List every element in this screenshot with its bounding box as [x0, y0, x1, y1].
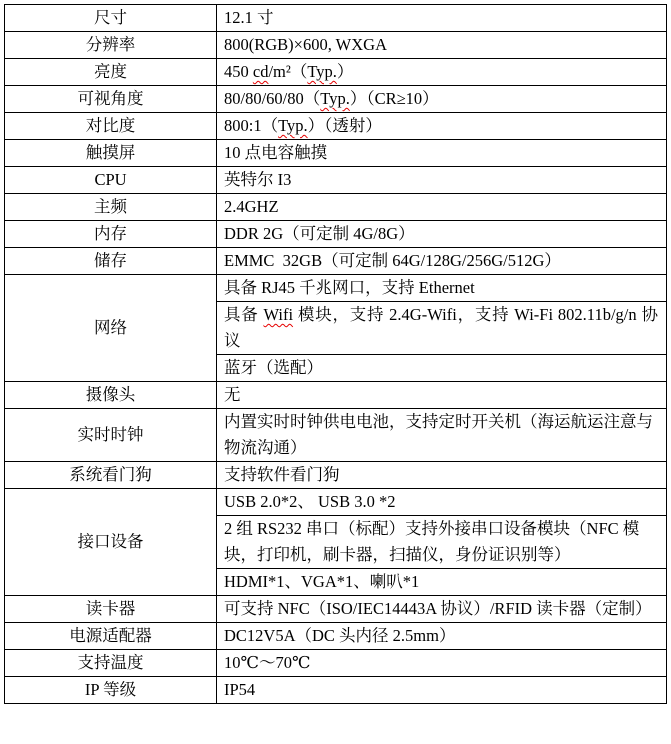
spec-label-contrast: 对比度	[5, 113, 217, 140]
spec-label-temperature: 支持温度	[5, 650, 217, 677]
value-text: /m²（	[268, 62, 307, 81]
table-row-size: 尺寸 12.1 寸	[5, 5, 667, 32]
spec-label-touchscreen: 触摸屏	[5, 140, 217, 167]
table-row-contrast: 对比度 800:1（Typ.）（透射）	[5, 113, 667, 140]
table-row-brightness: 亮度 450 cd/m²（Typ.）	[5, 59, 667, 86]
spec-value-ip-rating: IP54	[217, 677, 667, 704]
spec-label-memory: 内存	[5, 221, 217, 248]
value-text: 450	[224, 62, 253, 81]
spec-value-rtc: 内置实时时钟供电电池，支持定时开关机（海运航运注意与物流沟通）	[217, 409, 667, 462]
spec-value-power-adapter: DC12V5A（DC 头内径 2.5mm）	[217, 623, 667, 650]
spec-value-temperature: 10℃～70℃	[217, 650, 667, 677]
spec-value-size: 12.1 寸	[217, 5, 667, 32]
misspelled-word: cd	[253, 62, 269, 81]
spec-value-interfaces-av: HDMI*1、VGA*1、喇叭*1	[217, 569, 667, 596]
spec-value-network-ethernet: 具备 RJ45 千兆网口，支持 Ethernet	[217, 275, 667, 302]
spec-label-watchdog: 系统看门狗	[5, 462, 217, 489]
spec-value-viewing-angle: 80/80/60/80（Typ.）（CR≥10）	[217, 86, 667, 113]
table-row-camera: 摄像头 无	[5, 382, 667, 409]
spec-value-card-reader: 可支持 NFC（ISO/IEC14443A 协议）/RFID 读卡器（定制）	[217, 596, 667, 623]
spec-label-rtc: 实时时钟	[5, 409, 217, 462]
spec-value-network-wifi: 具备 Wifi 模块，支持 2.4G-Wifi，支持 Wi-Fi 802.11b…	[217, 302, 667, 355]
table-row-touchscreen: 触摸屏 10 点电容触摸	[5, 140, 667, 167]
spec-value-cpu: 英特尔 I3	[217, 167, 667, 194]
spec-label-size: 尺寸	[5, 5, 217, 32]
spec-label-power-adapter: 电源适配器	[5, 623, 217, 650]
misspelled-word: Typ.	[307, 62, 337, 81]
value-text: ）（透射）	[308, 116, 382, 135]
spec-label-network: 网络	[5, 275, 217, 382]
spec-value-touchscreen: 10 点电容触摸	[217, 140, 667, 167]
misspelled-word: Typ.	[278, 116, 308, 135]
table-row-ip-rating: IP 等级 IP54	[5, 677, 667, 704]
table-row-cpu: CPU 英特尔 I3	[5, 167, 667, 194]
spec-label-interfaces: 接口设备	[5, 489, 217, 596]
table-row-interfaces: 接口设备 USB 2.0*2、 USB 3.0 *2	[5, 489, 667, 516]
misspelled-word: Wifi	[263, 305, 293, 324]
value-text: ）（CR≥10）	[350, 89, 439, 108]
spec-label-card-reader: 读卡器	[5, 596, 217, 623]
spec-label-ip-rating: IP 等级	[5, 677, 217, 704]
table-row-card-reader: 读卡器 可支持 NFC（ISO/IEC14443A 协议）/RFID 读卡器（定…	[5, 596, 667, 623]
spec-value-storage: EMMC 32GB（可定制 64G/128G/256G/512G）	[217, 248, 667, 275]
table-row-network: 网络 具备 RJ45 千兆网口，支持 Ethernet	[5, 275, 667, 302]
spec-label-camera: 摄像头	[5, 382, 217, 409]
spec-value-network-bluetooth: 蓝牙（选配）	[217, 355, 667, 382]
spec-label-storage: 储存	[5, 248, 217, 275]
spec-value-interfaces-usb: USB 2.0*2、 USB 3.0 *2	[217, 489, 667, 516]
spec-table: 尺寸 12.1 寸 分辨率 800(RGB)×600, WXGA 亮度 450 …	[4, 4, 667, 704]
table-row-temperature: 支持温度 10℃～70℃	[5, 650, 667, 677]
spec-value-clock-speed: 2.4GHZ	[217, 194, 667, 221]
table-row-power-adapter: 电源适配器 DC12V5A（DC 头内径 2.5mm）	[5, 623, 667, 650]
spec-label-brightness: 亮度	[5, 59, 217, 86]
table-row-resolution: 分辨率 800(RGB)×600, WXGA	[5, 32, 667, 59]
spec-value-resolution: 800(RGB)×600, WXGA	[217, 32, 667, 59]
value-text: 具备	[224, 305, 263, 324]
table-row-clock-speed: 主频 2.4GHZ	[5, 194, 667, 221]
spec-label-viewing-angle: 可视角度	[5, 86, 217, 113]
spec-label-cpu: CPU	[5, 167, 217, 194]
spec-value-interfaces-serial: 2 组 RS232 串口（标配）支持外接串口设备模块（NFC 模块，打印机，刷卡…	[217, 516, 667, 569]
value-text: 80/80/60/80（	[224, 89, 320, 108]
table-row-viewing-angle: 可视角度 80/80/60/80（Typ.）（CR≥10）	[5, 86, 667, 113]
spec-label-clock-speed: 主频	[5, 194, 217, 221]
spec-label-resolution: 分辨率	[5, 32, 217, 59]
value-text: ）	[337, 62, 354, 81]
table-row-watchdog: 系统看门狗 支持软件看门狗	[5, 462, 667, 489]
spec-value-contrast: 800:1（Typ.）（透射）	[217, 113, 667, 140]
table-row-storage: 储存 EMMC 32GB（可定制 64G/128G/256G/512G）	[5, 248, 667, 275]
table-row-memory: 内存 DDR 2G（可定制 4G/8G）	[5, 221, 667, 248]
spec-value-brightness: 450 cd/m²（Typ.）	[217, 59, 667, 86]
table-row-rtc: 实时时钟 内置实时时钟供电电池，支持定时开关机（海运航运注意与物流沟通）	[5, 409, 667, 462]
spec-value-memory: DDR 2G（可定制 4G/8G）	[217, 221, 667, 248]
spec-value-watchdog: 支持软件看门狗	[217, 462, 667, 489]
spec-value-camera: 无	[217, 382, 667, 409]
misspelled-word: Typ.	[320, 89, 350, 108]
value-text: 800:1（	[224, 116, 278, 135]
